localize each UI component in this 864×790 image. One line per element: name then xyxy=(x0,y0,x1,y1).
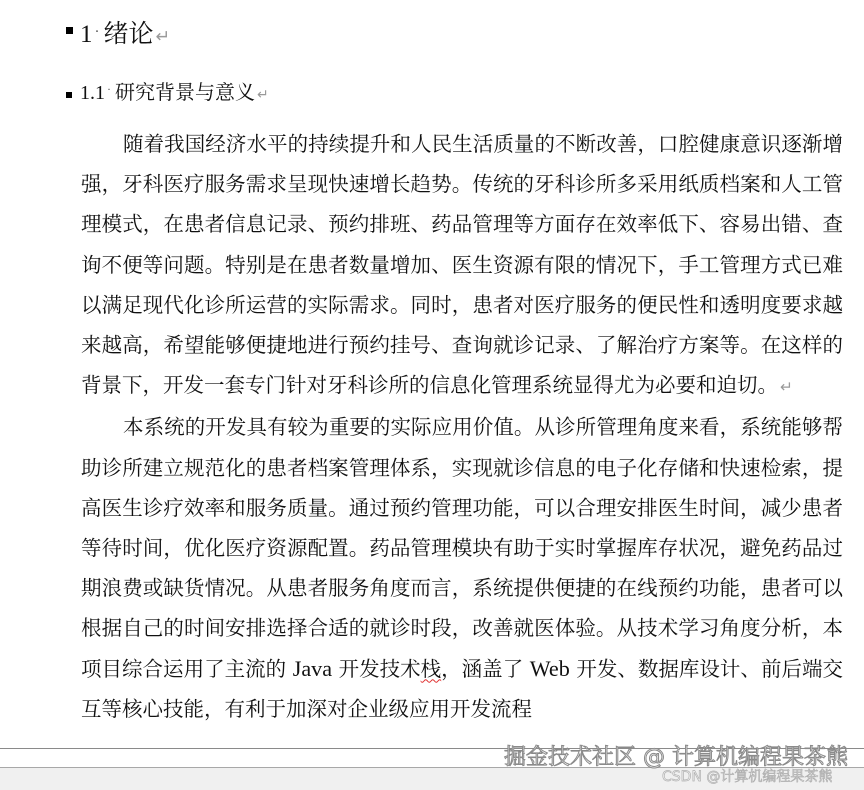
heading-2: 1.1 · 研究背景与意义 ↵ xyxy=(66,76,269,105)
body-text[interactable]: 随着我国经济水平的持续提升和人民生活质量的不断改善，口腔健康意识逐渐增强，牙科医… xyxy=(81,124,843,729)
heading-bullet-icon xyxy=(66,27,73,34)
paragraph-text: ，涵盖了 xyxy=(441,657,523,681)
paragraph-value[interactable]: 本系统的开发具有较为重要的实际应用价值。从诊所管理角度来看，系统能够帮助诊所建立… xyxy=(81,407,843,729)
paragraph-text: 本系统的开发具有较为重要的实际应用价值。从诊所管理角度来看，系统能够帮助诊所建立… xyxy=(81,415,843,680)
document-page[interactable]: 1 · 绪论 ↵ 1.1 · 研究背景与意义 ↵ 随着我国经济水平的持续提升和人… xyxy=(0,0,864,750)
watermark-csdn: CSDN @计算机编程果茶熊 xyxy=(662,766,832,786)
space-mark-icon: · xyxy=(95,24,100,41)
paragraph-mark-icon: ↵ xyxy=(780,378,793,396)
paragraph-mark-icon: ↵ xyxy=(257,87,269,103)
spellcheck-flag[interactable]: 栈 xyxy=(421,657,442,681)
latin-term: Web xyxy=(530,656,570,681)
paragraph-text: 随着我国经济水平的持续提升和人民生活质量的不断改善，口腔健康意识逐渐增强，牙科医… xyxy=(81,132,843,397)
heading-title: 研究背景与意义 xyxy=(115,76,255,105)
heading-number: 1 xyxy=(80,21,93,49)
paragraph-background[interactable]: 随着我国经济水平的持续提升和人民生活质量的不断改善，口腔健康意识逐渐增强，牙科医… xyxy=(81,124,843,407)
heading-title: 绪论 xyxy=(104,14,154,50)
latin-term: Java xyxy=(293,656,332,681)
heading-bullet-icon xyxy=(66,92,72,98)
heading-number: 1.1 xyxy=(80,82,105,105)
paragraph-mark-icon: ↵ xyxy=(156,27,171,47)
paragraph-text: 开发技术 xyxy=(339,657,421,681)
space-mark-icon: · xyxy=(107,82,111,97)
heading-1: 1 · 绪论 ↵ xyxy=(66,14,170,50)
